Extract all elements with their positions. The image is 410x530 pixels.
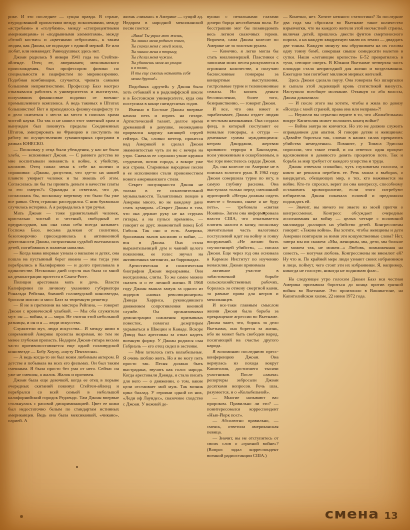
text-column-4: — Конечно, нет. Хотите немного статистик… bbox=[283, 14, 403, 507]
paragraph: Именно в Бостоне Джоан впервые начала пе… bbox=[123, 107, 203, 182]
paragraph: Джоан была еще девочкой, когда ее отец в… bbox=[8, 378, 119, 424]
text-column-1: рике. И это последнее — сущая правда. В … bbox=[8, 14, 119, 508]
paragraph: — И после этого вы хотите, чтобы я жила … bbox=[283, 101, 403, 113]
paragraph: И все, что она имеет и зарабатывает, Джо… bbox=[207, 106, 279, 164]
paragraph: — А ведь когда-то он был моим любимым ак… bbox=[8, 355, 119, 378]
paragraph: Артистическая и политическая биографии Д… bbox=[123, 263, 203, 350]
paragraph: — Конечно, я легко могла бы стать миллио… bbox=[207, 49, 279, 107]
paragraph: Секрет популярности Джоан не только в ее… bbox=[123, 182, 203, 263]
paragraph: — Поскольку у отца были убеждения, у нас… bbox=[8, 147, 119, 211]
paragraph: — Значит, вы не отступитесь от своих сло… bbox=[207, 435, 279, 458]
paragraph: рике. И это последнее — сущая правда. В … bbox=[8, 14, 119, 54]
paragraph: Мать Джоан — тоже удивительный человек, … bbox=[8, 210, 119, 250]
paragraph: активное участие в забастовочной борьбе … bbox=[207, 268, 279, 303]
ink-speck bbox=[263, 212, 265, 214]
paragraph: Здесь Джоан сделала паузу. Она говорила … bbox=[283, 78, 403, 101]
paragraph: — Абсолютно правильно, — смеясь, ответил… bbox=[207, 418, 279, 435]
paragraph: Джоан родилась 9 января 1941 года на Сте… bbox=[8, 54, 119, 146]
magazine-logo: смена bbox=[325, 506, 379, 522]
paragraph: — Я не в претензии на мистера Рейгана, —… bbox=[8, 303, 119, 326]
folk-song-verse: «Янки! Ты украл мою жизнь, Ты лишил меня… bbox=[131, 33, 203, 82]
paragraph: — Неужели вы серьезно верите в то, что «… bbox=[283, 112, 403, 124]
text-column-2: жизнь «чикано» в Америке — сущий ад. Нед… bbox=[123, 14, 203, 508]
paragraph: И все-таки главным смыслом жизни Джоан б… bbox=[207, 303, 279, 349]
paragraph: Да, она колесит по Америке не в поисках … bbox=[207, 164, 279, 268]
magazine-page: рике. И это последнее — сущая правда. В … bbox=[0, 0, 410, 530]
paragraph: — Мне хотелось петь колыбельные. Я очень… bbox=[123, 349, 203, 407]
paragraph: вушки с печальными глазами дочери борца … bbox=[207, 14, 279, 49]
paragraph: Подобных «друзей» у Джоан было хоть отба… bbox=[123, 84, 203, 107]
ink-speck bbox=[20, 515, 23, 518]
paragraph: Я вспоминаю последнюю пресс-конференцию … bbox=[207, 349, 279, 395]
paragraph: Полиция арестовала мать и дочь. Власти К… bbox=[8, 280, 119, 303]
paragraph: — Конечно, нет. Хотите немного статистик… bbox=[283, 14, 403, 78]
page-number: 13 bbox=[384, 511, 398, 522]
paragraph: — Война завтра не кончится. Но это не до… bbox=[283, 124, 403, 164]
paragraph: Служители муз, люди искусства... И между… bbox=[8, 326, 119, 355]
text-column-3: вушки с печальными глазами дочери борца … bbox=[207, 14, 279, 508]
ink-speck bbox=[76, 466, 78, 468]
paragraph: На следующее утро голосом Джоан Баэз вся… bbox=[283, 276, 403, 299]
page-footer: смена 13 bbox=[325, 505, 398, 523]
paragraph: Джоан отвечала спокойно, чуть глуховатым… bbox=[283, 164, 403, 204]
paragraph: — Многие называют вас пророком. Правильн… bbox=[207, 395, 279, 418]
paragraph: — Значит, вы ничего не знаете из моей пр… bbox=[283, 205, 403, 274]
paragraph: жизнь «чикано» в Америке — сущий ад. Нед… bbox=[123, 14, 203, 31]
paragraph: — Когда мама впервые узнала о напалме и … bbox=[8, 251, 119, 280]
